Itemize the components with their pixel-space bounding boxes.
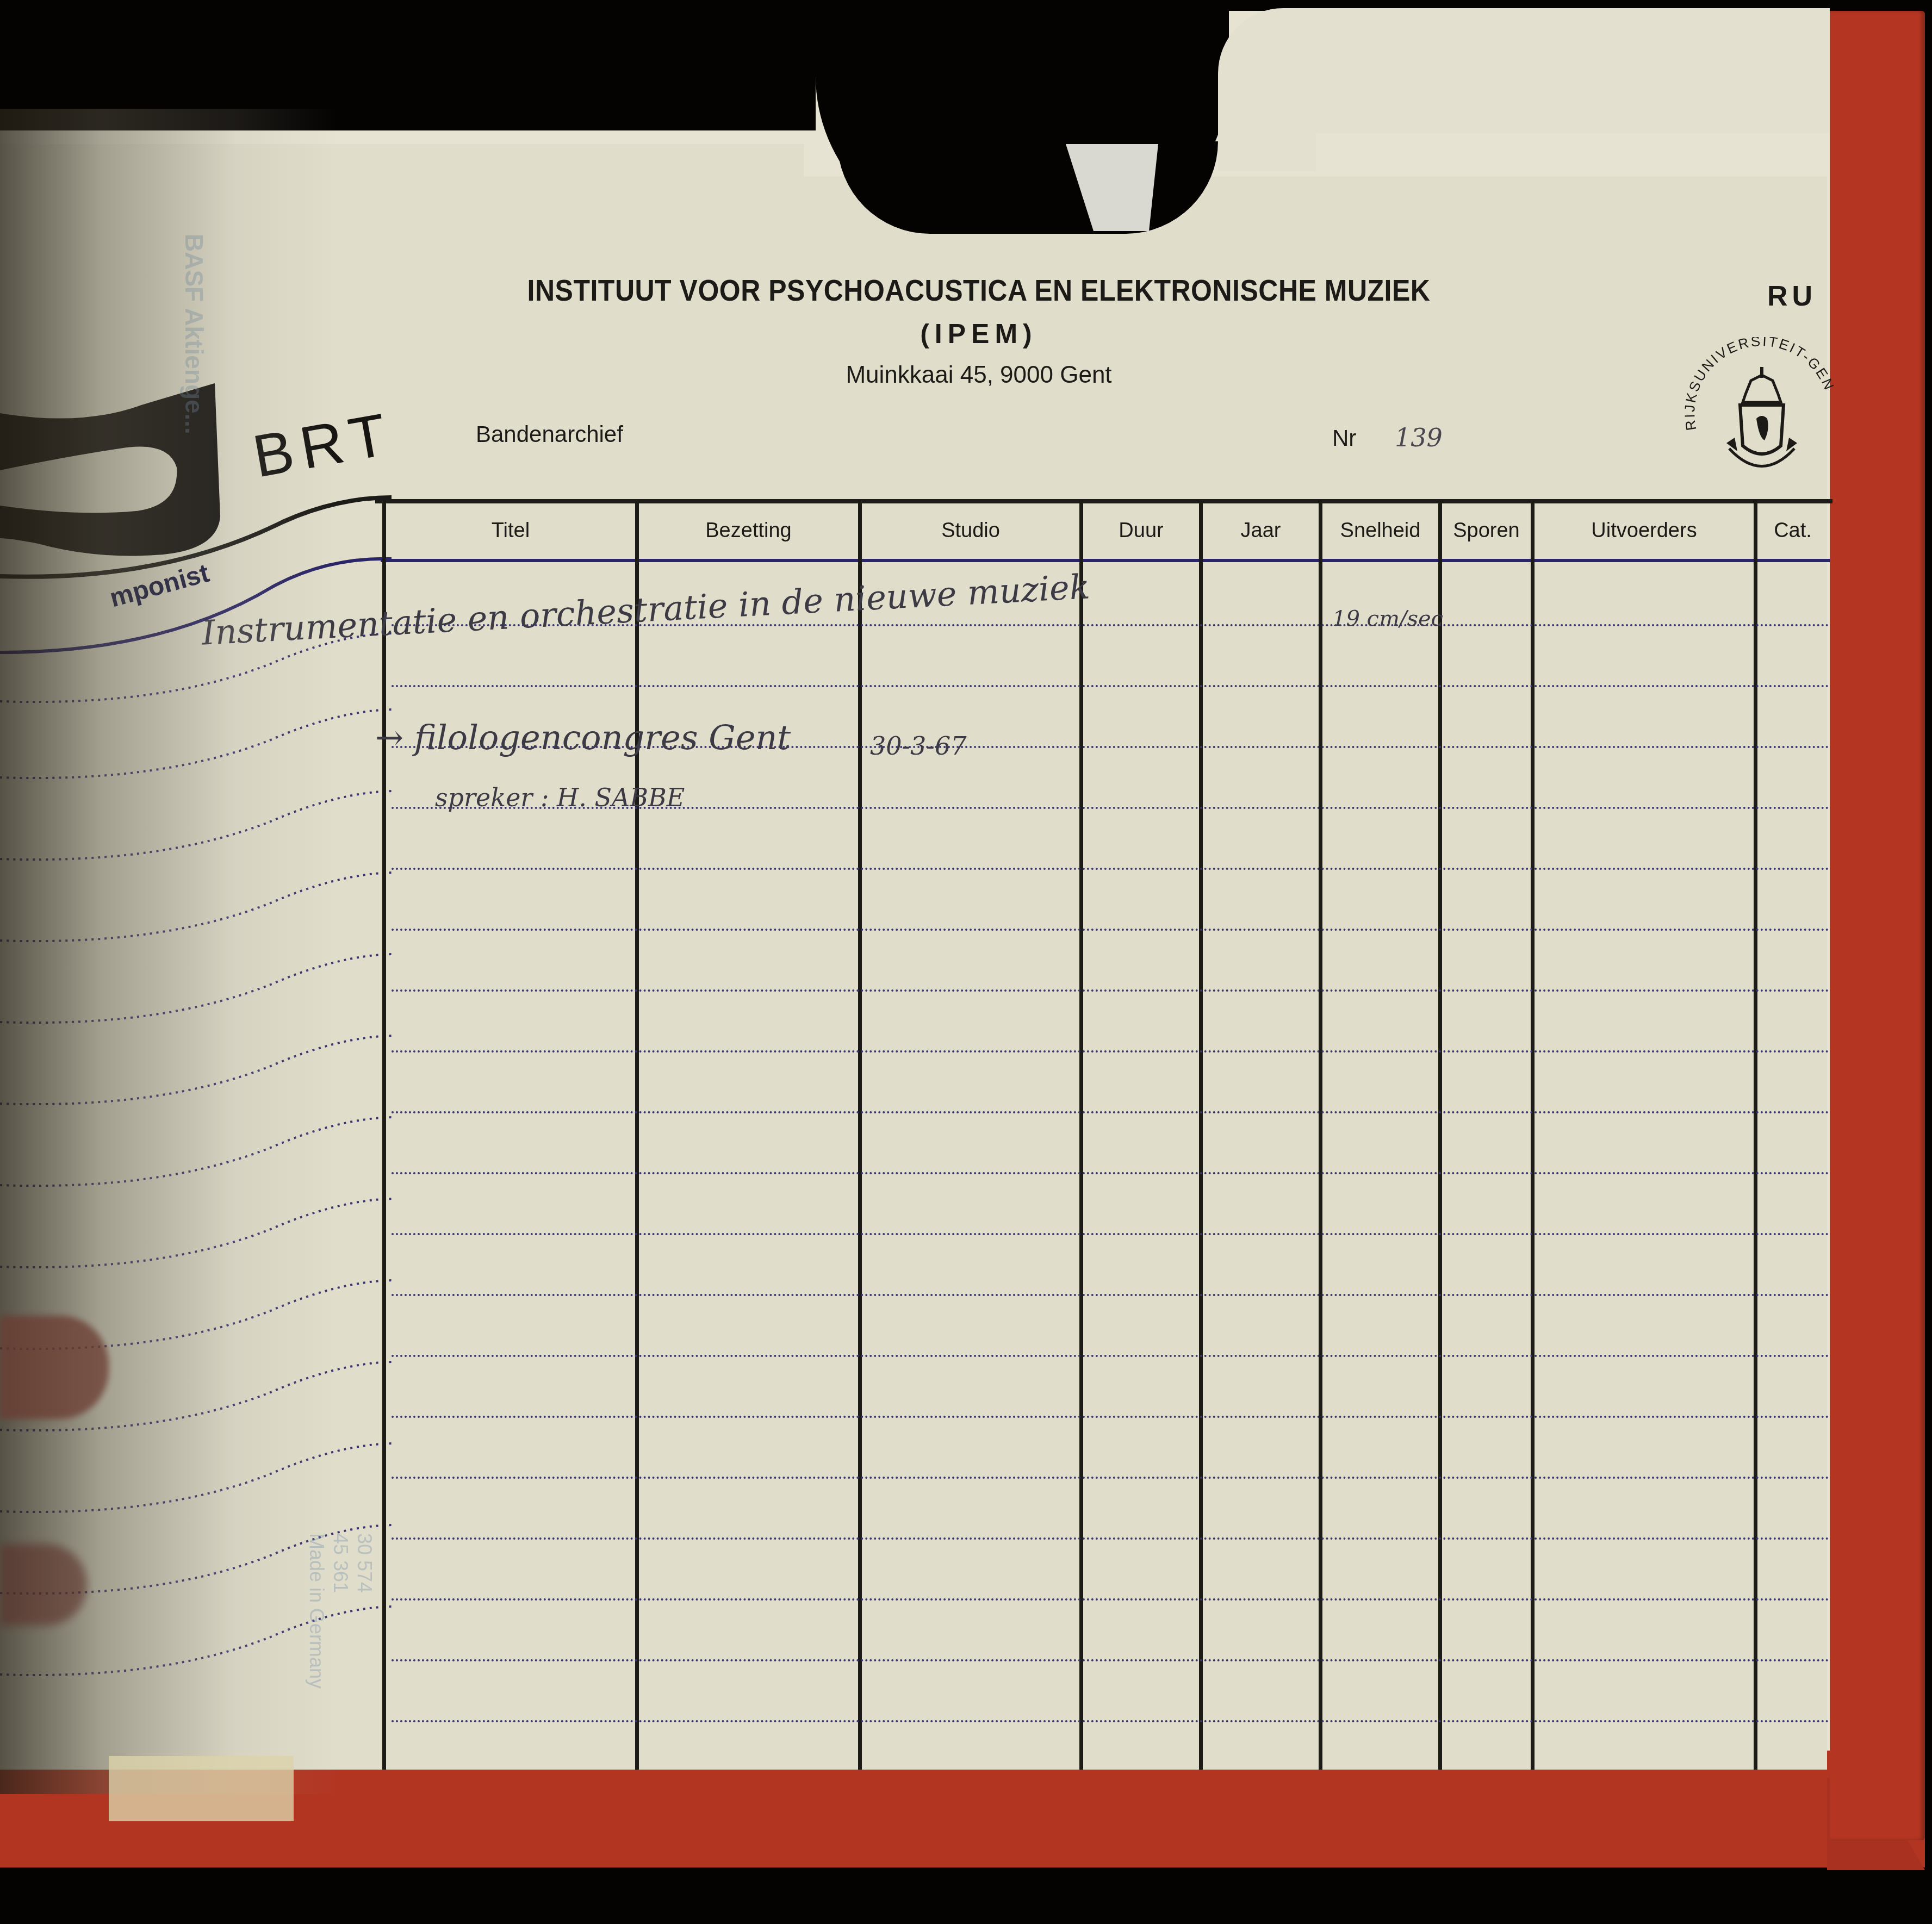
number-value[interactable]: 139 bbox=[1395, 423, 1443, 452]
tape-box-code-2: 45 361 bbox=[330, 1533, 352, 1593]
table-row-line bbox=[392, 1050, 1830, 1053]
table-row-line bbox=[392, 1233, 1830, 1235]
entry-speed-handwritten[interactable]: 19 cm/sec bbox=[1332, 606, 1443, 631]
column-divider bbox=[1438, 503, 1442, 1770]
table-row-line bbox=[392, 929, 1830, 931]
table-top-rule bbox=[375, 499, 1832, 503]
table-row-line bbox=[392, 685, 1830, 687]
table-row-line bbox=[392, 1659, 1830, 1661]
table-row-line bbox=[392, 989, 1830, 992]
institute-abbreviation: (IPEM) bbox=[843, 318, 1115, 350]
column-header-bezetting: Bezetting bbox=[639, 519, 858, 543]
divider-tab bbox=[1245, 8, 1830, 133]
tape-box-made-in-print: 30 574 45 361 Made in Germany bbox=[305, 1533, 376, 1689]
sheet-thumb-notch bbox=[837, 141, 1218, 234]
tape-box-made-in: Made in Germany bbox=[306, 1533, 328, 1689]
column-header-snelheid: Snelheid bbox=[1322, 519, 1438, 543]
background-gap bbox=[0, 0, 816, 130]
institute-title: INSTITUUT VOOR PSYCHOACUSTICA EN ELEKTRO… bbox=[435, 273, 1523, 308]
entry-speaker-handwritten[interactable]: spreker : H. SABBE bbox=[435, 783, 685, 812]
column-divider bbox=[1079, 503, 1083, 1770]
column-header-duur: Duur bbox=[1083, 519, 1199, 543]
column-header-titel: Titel bbox=[386, 519, 635, 543]
column-divider bbox=[382, 503, 386, 1770]
table-row-line bbox=[392, 1598, 1830, 1601]
table-row-line bbox=[392, 1294, 1830, 1296]
entry-note-handwritten[interactable]: → filologencongres Gent bbox=[375, 718, 791, 757]
archive-label: Bandenarchief bbox=[476, 421, 623, 447]
divider-tab-shoulder bbox=[1218, 8, 1316, 171]
column-header-sporen: Sporen bbox=[1442, 519, 1531, 543]
binder-cover-spine bbox=[1830, 11, 1925, 1840]
university-abbreviation: RU bbox=[1767, 280, 1817, 313]
table-row-line bbox=[392, 1477, 1830, 1479]
table-row-line bbox=[392, 868, 1830, 870]
table-row-line bbox=[392, 1537, 1830, 1540]
column-header-uitvoerders: Uitvoerders bbox=[1535, 519, 1754, 543]
column-divider bbox=[635, 503, 639, 1770]
institute-address: Muinkkaai 45, 9000 Gent bbox=[707, 362, 1251, 389]
university-seal-icon: RIJKSUNIVERSITEIT-GENT bbox=[1680, 337, 1838, 484]
column-header-studio: Studio bbox=[862, 519, 1079, 543]
adhesive-tape-strip bbox=[109, 1756, 294, 1821]
number-label: Nr bbox=[1332, 425, 1356, 451]
table-header-rule bbox=[381, 559, 1830, 562]
table-row-line bbox=[392, 1416, 1830, 1418]
column-divider bbox=[858, 503, 862, 1770]
column-header-jaar: Jaar bbox=[1203, 519, 1319, 543]
table-row-line bbox=[392, 1111, 1830, 1113]
finger-shadow bbox=[0, 1544, 87, 1626]
column-divider bbox=[1531, 503, 1535, 1770]
column-divider bbox=[1199, 503, 1203, 1770]
tape-box-brand-print: BASF Aktienge... bbox=[179, 234, 209, 434]
table-row-line bbox=[392, 1355, 1830, 1357]
column-header-cat: Cat. bbox=[1757, 519, 1828, 543]
table-row-line bbox=[392, 1720, 1830, 1722]
entry-date-handwritten[interactable]: 30-3-67 bbox=[870, 731, 966, 761]
column-divider bbox=[1754, 503, 1757, 1770]
tape-box-code-1: 30 574 bbox=[353, 1533, 376, 1593]
table-row-line bbox=[392, 1172, 1830, 1174]
column-divider bbox=[1319, 503, 1322, 1770]
finger-shadow bbox=[0, 1316, 109, 1419]
